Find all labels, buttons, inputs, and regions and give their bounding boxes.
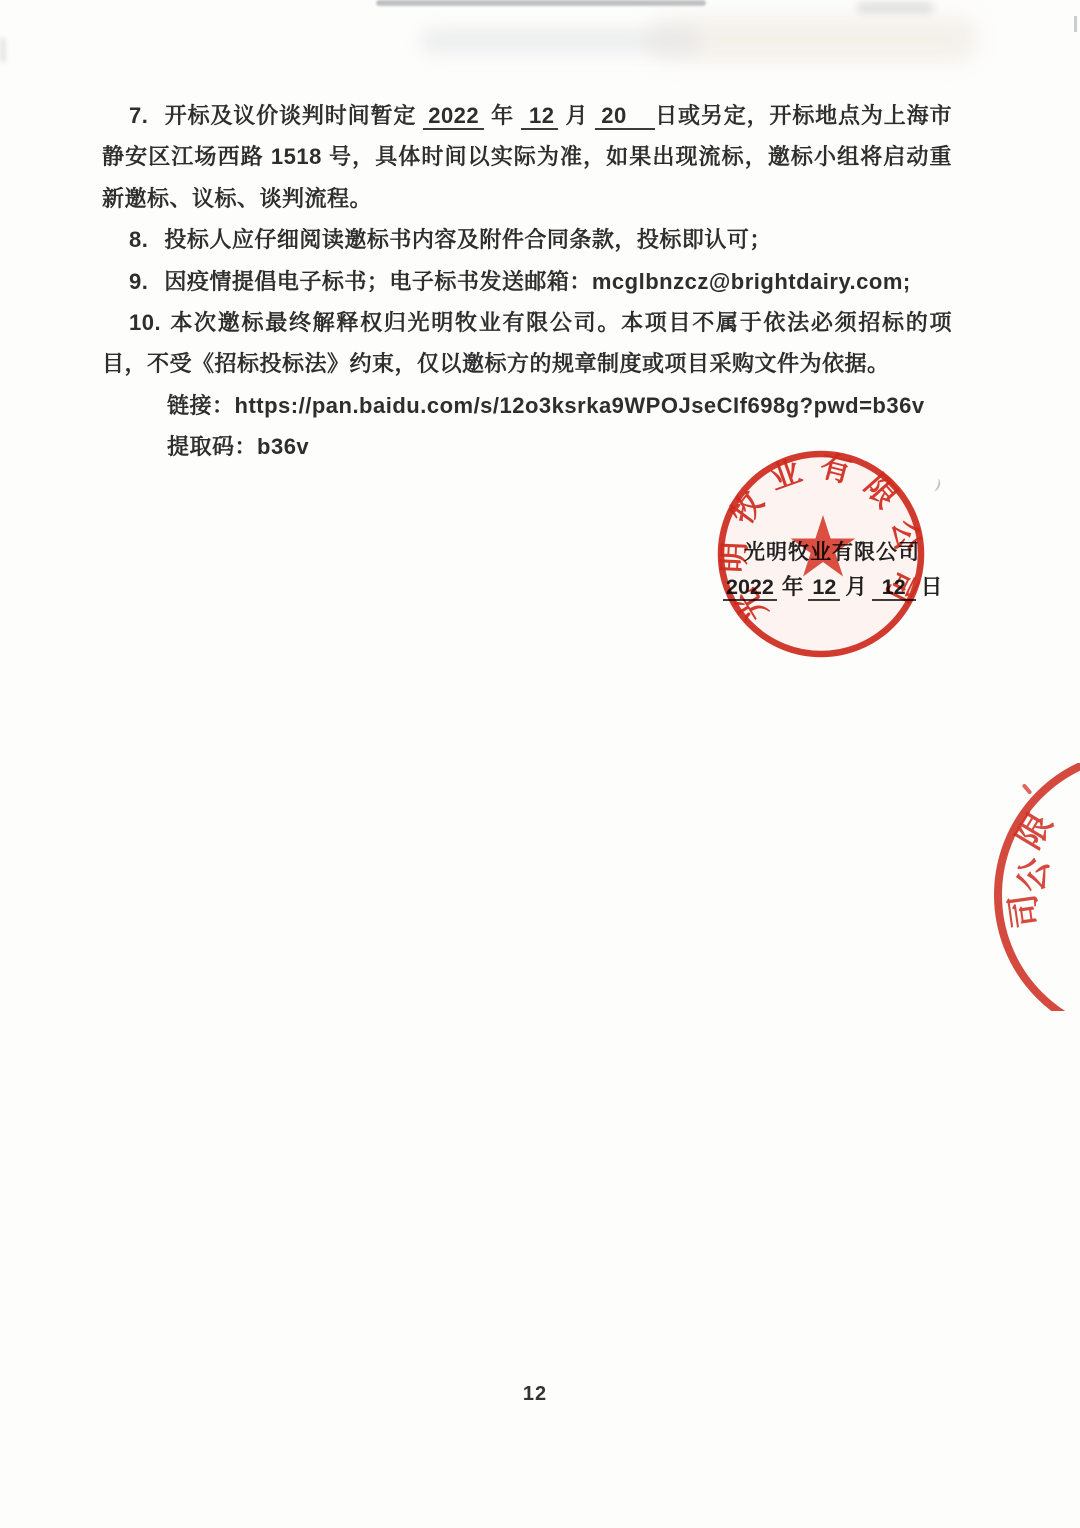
document-body: 7.开标及议价谈判时间暂定 2022 年 12 月 20日或另定，开标地点为上海… <box>102 95 952 468</box>
edge-seal-char-xian: 限 <box>1010 807 1060 856</box>
extract-code-line: 提取码：b36v <box>167 426 952 467</box>
signature-day: 12 <box>872 575 916 601</box>
list-item-10: 10.本次邀标最终解释权归光明牧业有限公司。本项目不属于依法必须招标的项目，不受… <box>102 302 952 385</box>
signature-month: 12 <box>808 575 840 601</box>
code-label: 提取码： <box>167 434 257 459</box>
signature-day-unit: 日 <box>921 575 943 599</box>
item8-text: 投标人应仔细阅读邀标书内容及附件合同条款，投标即认可； <box>164 227 772 252</box>
item-number: 10. <box>129 302 161 343</box>
baidu-link-line: 链接：https://pan.baidu.com/s/12o3ksrka9WPO… <box>167 385 952 426</box>
edge-seal-char-gong: 公 <box>1012 855 1056 896</box>
signature-year: 2022 <box>723 575 777 601</box>
item9-text: 因疫情提倡电子标书；电子标书发送邮箱： <box>164 269 592 294</box>
list-item-7: 7.开标及议价谈判时间暂定 2022 年 12 月 20日或另定，开标地点为上海… <box>102 95 952 219</box>
item10-text: 本次邀标最终解释权归光明牧业有限公司。本项目不属于依法必须招标的项目，不受《招标… <box>102 310 952 376</box>
code-value: b36v <box>257 434 309 459</box>
signature-company-name: 光明牧业有限公司 <box>744 536 920 566</box>
item7-text-1: 开标及议价谈判时间暂定 <box>164 103 423 128</box>
item-number: 9. <box>129 261 148 302</box>
edge-seal: 限 公 司 <box>985 763 1080 1011</box>
list-item-8: 8.投标人应仔细阅读邀标书内容及附件合同条款，投标即认可； <box>102 219 952 260</box>
edge-seal-stroke-mark <box>1022 783 1033 795</box>
list-item-9: 9.因疫情提倡电子标书；电子标书发送邮箱：mcglbnzcz@brightdai… <box>102 261 952 302</box>
item7-open-year: 2022 <box>423 103 484 130</box>
scan-artifact-beige-smudge <box>648 16 978 62</box>
document-page: 7.开标及议价谈判时间暂定 2022 年 12 月 20日或另定，开标地点为上海… <box>0 0 1080 1528</box>
edge-seal-char-si: 司 <box>1004 892 1046 931</box>
scan-artifact-gray-smudge <box>420 28 700 54</box>
signature-year-unit: 年 <box>782 575 804 599</box>
edge-seal-ring <box>998 763 1080 1011</box>
scan-artifact-seal-tick <box>929 477 942 492</box>
item-number: 7. <box>129 95 148 136</box>
item7-open-month: 12 <box>521 103 558 130</box>
scan-artifact-top-strip <box>376 0 706 6</box>
scan-artifact-top-blob <box>856 2 934 14</box>
item7-open-day: 20 <box>595 103 654 130</box>
link-label: 链接： <box>167 393 235 418</box>
signature-date: 2022年12月12日 <box>723 570 947 601</box>
signature-month-unit: 月 <box>845 575 867 599</box>
item-number: 8. <box>129 219 148 260</box>
edge-seal-svg: 限 公 司 <box>985 763 1080 1011</box>
link-url: https://pan.baidu.com/s/12o3ksrka9WPOJse… <box>235 393 925 418</box>
item7-text-3: 月 <box>558 103 595 128</box>
scan-artifact-right-edge <box>1074 16 1077 32</box>
item9-email: mcglbnzcz@brightdairy.com; <box>592 269 911 294</box>
page-number: 12 <box>0 1383 1070 1406</box>
scan-artifact-left-edge <box>0 38 6 62</box>
item7-text-2: 年 <box>484 103 521 128</box>
